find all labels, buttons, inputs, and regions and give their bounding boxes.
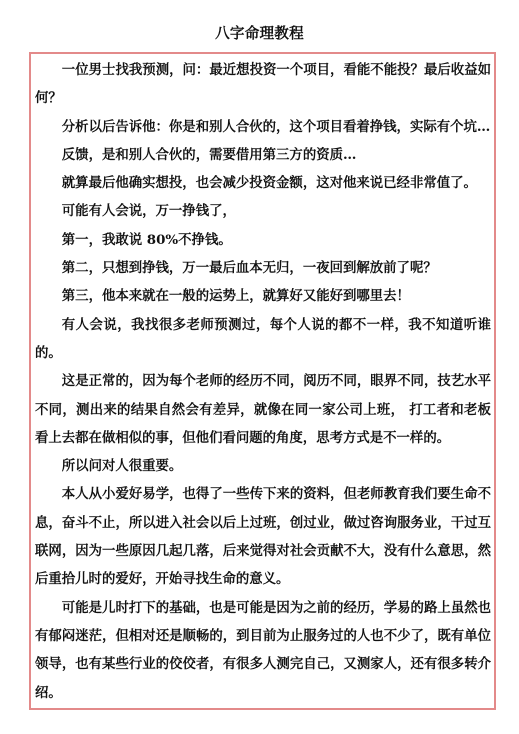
paragraph-feedback: 反馈，是和别人合伙的，需要借用第三方的资质…	[35, 141, 491, 169]
paragraph-point-three: 第三，他本来就在一般的运势上，就算好又能好到哪里去！	[35, 282, 491, 310]
paragraph-explanation: 这是正常的，因为每个老师的经历不同，阅历不同，眼界不同，技艺水平不同，测出来的结…	[35, 367, 491, 452]
paragraph-objection: 可能有人会说，万一挣钱了，	[35, 197, 491, 225]
paragraph-conclusion: 就算最后他确实想投，也会减少投资金额，这对他来说已经非常值了。	[35, 169, 491, 197]
paragraph-point-one: 第一，我敢说 80%不挣钱。	[35, 226, 491, 254]
paragraph-experience: 可能是儿时打下的基础，也是可能是因为之前的经历，学易的路上虽然也有郁闷迷茫，但相…	[35, 594, 491, 707]
paragraph-importance: 所以问对人很重要。	[35, 452, 491, 480]
document-title: 八字命理教程	[0, 24, 519, 44]
content-frame: 一位男士找我预测，问：最近想投资一个项目，看能不能投？最后收益如何？ 分析以后告…	[29, 52, 496, 710]
article-body: 一位男士找我预测，问：最近想投资一个项目，看能不能投？最后收益如何？ 分析以后告…	[35, 56, 491, 707]
paragraph-point-two: 第二，只想到挣钱，万一最后血本无归，一夜回到解放前了呢？	[35, 254, 491, 282]
paragraph-many-teachers: 有人会说，我找很多老师预测过，每个人说的都不一样，我不知道听谁的。	[35, 311, 491, 368]
paragraph-analysis: 分析以后告诉他：你是和别人合伙的，这个项目看着挣钱，实际有个坑…	[35, 113, 491, 141]
paragraph-question: 一位男士找我预测，问：最近想投资一个项目，看能不能投？最后收益如何？	[35, 56, 491, 113]
paragraph-background: 本人从小爱好易学，也得了一些传下来的资料，但老师教育我们要生命不息，奋斗不止，所…	[35, 480, 491, 593]
